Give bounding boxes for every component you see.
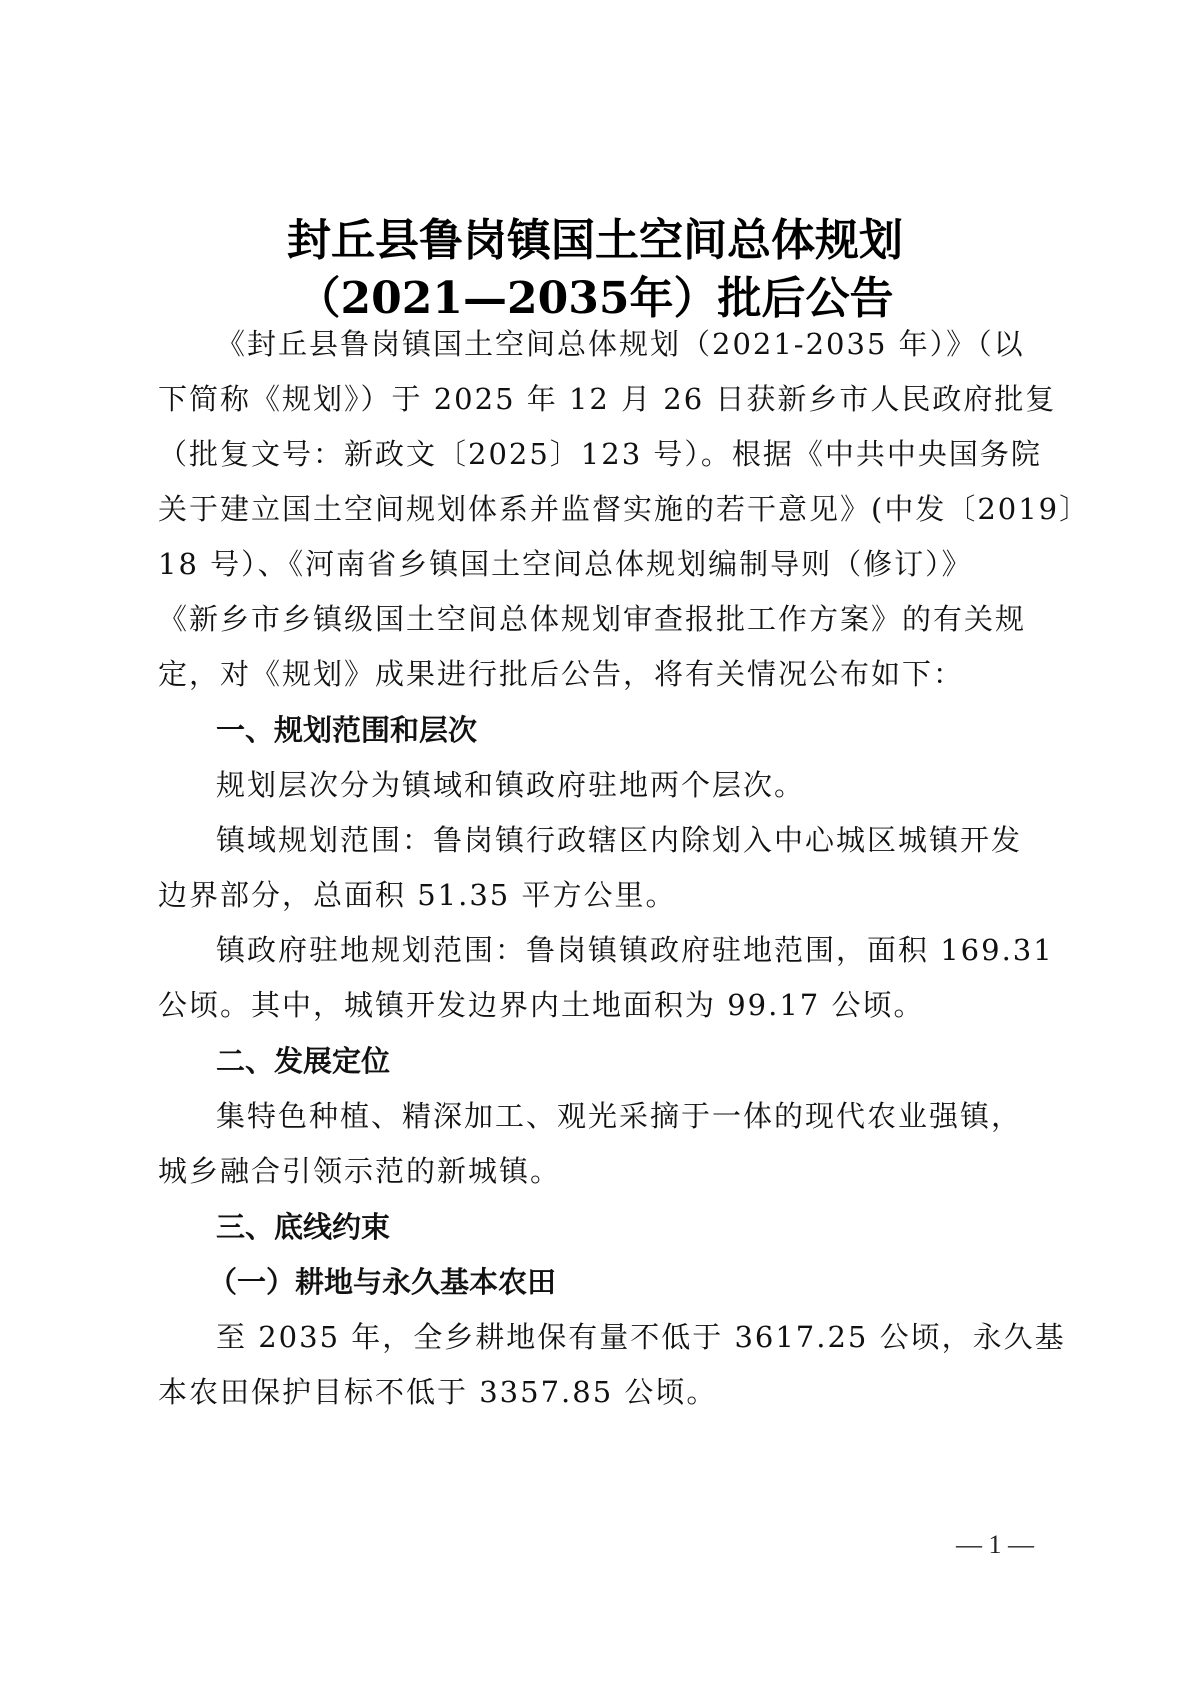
intro-line: 《封丘县鲁岗镇国土空间总体规划（2021-2035 年）》（以 bbox=[216, 322, 1096, 363]
page-number: — 1 — bbox=[940, 1530, 1050, 1560]
intro-line: 《新乡市乡镇级国土空间总体规划审查报批工作方案》的有关规 bbox=[158, 597, 1038, 638]
document-page: 封丘县鲁岗镇国土空间总体规划 （2021—2035年）批后公告 《封丘县鲁岗镇国… bbox=[0, 0, 1190, 1683]
section-1-paragraph: 规划层次分为镇域和镇政府驻地两个层次。 bbox=[216, 763, 1096, 804]
section-1-paragraph: 镇政府驻地规划范围：鲁岗镇镇政府驻地范围，面积 169.31 bbox=[216, 928, 1096, 969]
section-1-paragraph: 公顷。其中，城镇开发边界内土地面积为 99.17 公顷。 bbox=[158, 983, 1038, 1024]
section-1-paragraph: 边界部分，总面积 51.35 平方公里。 bbox=[158, 873, 1038, 914]
intro-line: 定，对《规划》成果进行批后公告，将有关情况公布如下： bbox=[158, 652, 1038, 693]
section-3-paragraph: 本农田保护目标不低于 3357.85 公顷。 bbox=[158, 1370, 1038, 1411]
section-1-heading: 一、规划范围和层次 bbox=[216, 708, 477, 749]
section-2-heading: 二、发展定位 bbox=[216, 1039, 390, 1080]
document-title-line-2: （2021—2035年）批后公告 bbox=[0, 262, 1190, 326]
section-3-subheading-1: （一）耕地与永久基本农田 bbox=[208, 1260, 556, 1301]
section-3-heading: 三、底线约束 bbox=[216, 1205, 390, 1246]
section-2-paragraph: 集特色种植、精深加工、观光采摘于一体的现代农业强镇， bbox=[216, 1094, 1096, 1135]
section-1-paragraph: 镇域规划范围：鲁岗镇行政辖区内除划入中心城区城镇开发 bbox=[216, 818, 1096, 859]
intro-line: （批复文号：新政文〔2025〕123 号）。根据《中共中央国务院 bbox=[158, 432, 1038, 473]
section-3-paragraph: 至 2035 年，全乡耕地保有量不低于 3617.25 公顷，永久基 bbox=[216, 1315, 1096, 1356]
intro-line: 18 号）、《河南省乡镇国土空间总体规划编制导则（修订）》 bbox=[158, 542, 1038, 583]
document-title-line-1: 封丘县鲁岗镇国土空间总体规划 bbox=[0, 204, 1190, 268]
intro-line: 下简称《规划》）于 2025 年 12 月 26 日获新乡市人民政府批复 bbox=[158, 377, 1038, 418]
intro-line: 关于建立国土空间规划体系并监督实施的若干意见》(中发〔2019〕 bbox=[158, 487, 1038, 528]
section-2-paragraph: 城乡融合引领示范的新城镇。 bbox=[158, 1149, 1038, 1190]
